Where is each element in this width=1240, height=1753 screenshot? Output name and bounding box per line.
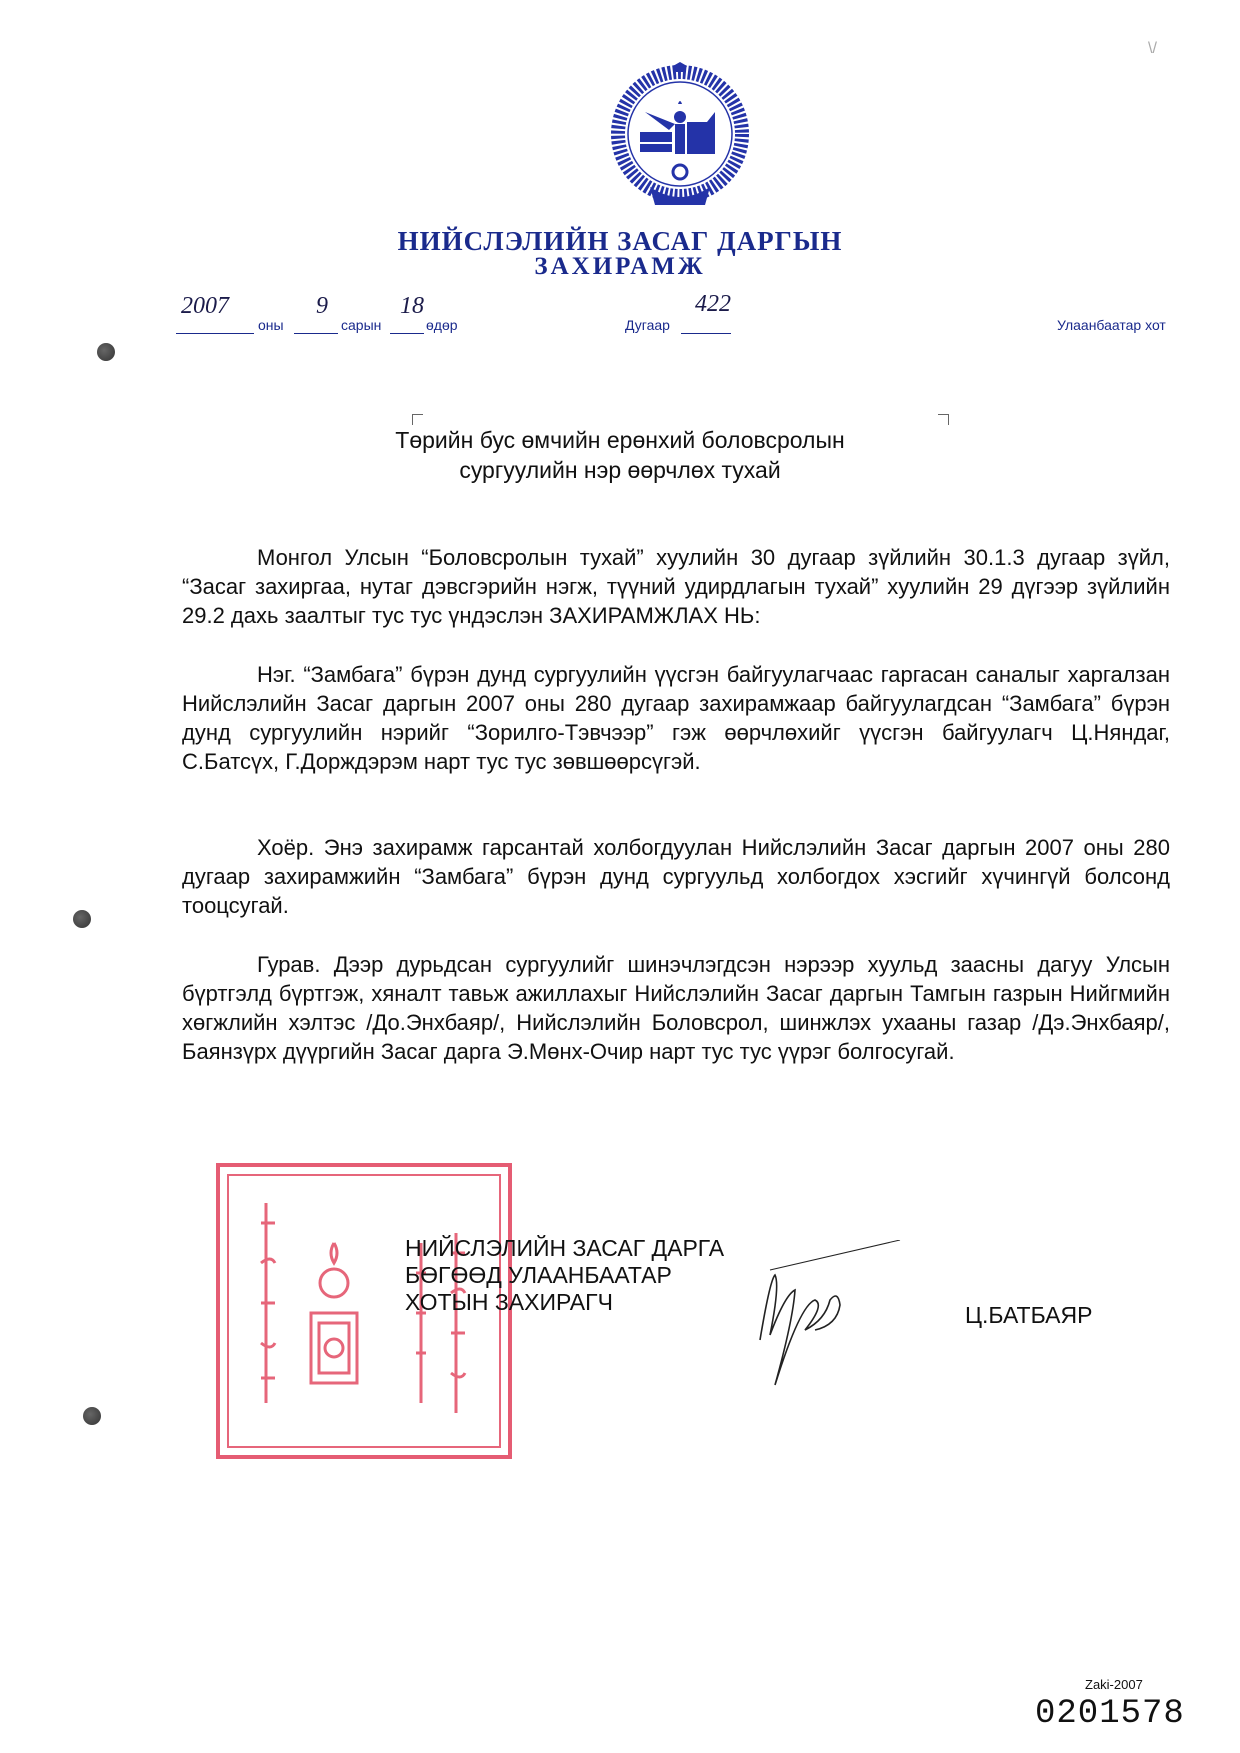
item-3-paragraph: Гурав. Дээр дурьдсан сургуулийг шинэчлэг… — [182, 950, 1170, 1066]
punch-hole — [73, 910, 91, 928]
punch-hole — [83, 1407, 101, 1425]
punch-hole — [97, 343, 115, 361]
preamble-text: Монгол Улсын “Боловсролын тухай” хуулийн… — [182, 545, 1170, 628]
item-2-paragraph: Хоёр. Энэ захирамж гарсантай холбогдуула… — [182, 833, 1170, 920]
serial-number: 0201578 — [1035, 1695, 1185, 1733]
corner-mark — [938, 414, 949, 425]
month-handwritten: 9 — [316, 293, 328, 320]
number-row: Дугаар 422 — [625, 313, 825, 353]
signer-name: Ц.БАТБАЯР — [965, 1302, 1092, 1329]
item-3-text: Гурав. Дээр дурьдсан сургуулийг шинэчлэг… — [182, 952, 1170, 1064]
scan-mark: \/ — [1148, 40, 1157, 58]
day-handwritten: 18 — [400, 293, 424, 320]
year-handwritten: 2007 — [181, 293, 229, 320]
mongolia-state-emblem-icon — [605, 62, 755, 212]
signer-title-line-1: НИЙСЛЭЛИЙН ЗАСАГ ДАРГА — [405, 1235, 724, 1262]
signer-title: НИЙСЛЭЛИЙН ЗАСАГ ДАРГА БӨГӨӨД УЛААНБААТА… — [405, 1235, 724, 1316]
item-1-text: Нэг. “Замбага” бүрэн дунд сургуулийн үүс… — [182, 662, 1170, 774]
item-1-paragraph: Нэг. “Замбага” бүрэн дунд сургуулийн үүс… — [182, 660, 1170, 776]
number-handwritten: 422 — [695, 291, 731, 318]
document-type: ЗАХИРАМЖ — [0, 253, 1240, 281]
subject-line-2: сургуулийн нэр өөрчлөх тухай — [0, 455, 1240, 485]
item-2-text: Хоёр. Энэ захирамж гарсантай холбогдуула… — [182, 835, 1170, 918]
corner-mark — [412, 414, 423, 425]
subject-line-1: Төрийн бус өмчийн ерөнхий боловсролын — [0, 425, 1240, 455]
number-label: Дугаар — [625, 317, 670, 333]
city: Улаанбаатар хот — [1057, 317, 1166, 333]
signer-title-line-2: БӨГӨӨД УЛААНБААТАР — [405, 1262, 724, 1289]
day-label: өдөр — [426, 317, 458, 333]
month-label: сарын — [341, 317, 381, 333]
document-code: Zaki-2007 — [1085, 1677, 1143, 1692]
signature-icon — [740, 1240, 910, 1390]
signer-title-line-3: ХОТЫН ЗАХИРАГЧ — [405, 1289, 724, 1316]
year-label: оны — [258, 317, 284, 333]
preamble-paragraph: Монгол Улсын “Боловсролын тухай” хуулийн… — [182, 543, 1170, 630]
